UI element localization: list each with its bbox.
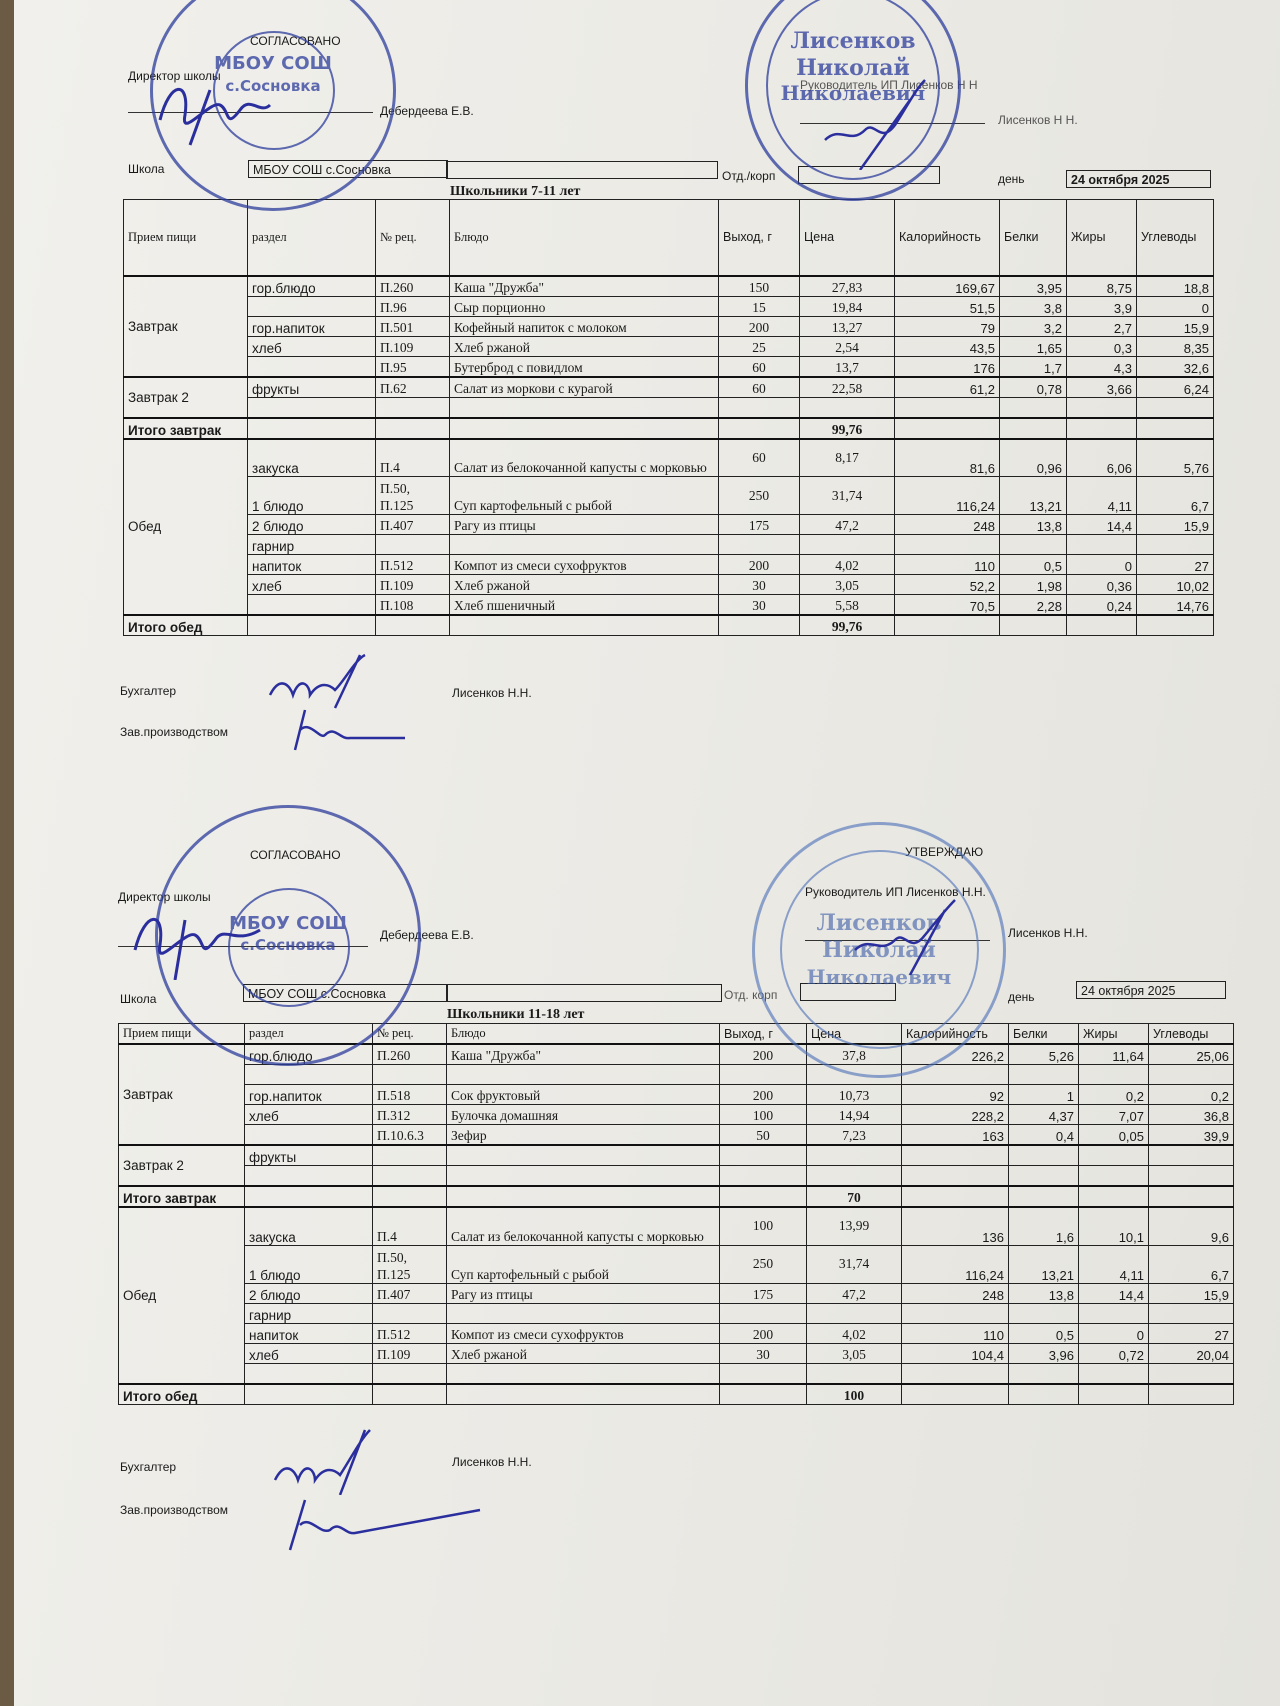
cell-yield [720,1363,807,1384]
cell-section [245,1065,373,1085]
cell-fat: 10,1 [1079,1207,1149,1245]
cell-protein [1009,1303,1079,1323]
cell-section: хлеб [245,1343,373,1363]
production-label: Зав.производством [120,1503,228,1517]
cell-carbs [1149,1145,1234,1166]
cell-recipe [373,1303,447,1323]
cell-recipe [373,1166,447,1187]
cell-fat: 11,64 [1079,1044,1149,1065]
empty-cell [1079,1384,1149,1405]
cell-protein [1009,1166,1079,1187]
cell-recipe: П.260 [373,1044,447,1065]
cell-dish: Рагу из птицы [447,1283,720,1303]
cell-protein: 13,8 [1009,1283,1079,1303]
table-row: напитокП.512Компот из смеси сухофруктов2… [119,1323,1234,1343]
confirm-label: УТВЕРЖДАЮ [905,845,983,859]
cell-carbs: 9,6 [1149,1207,1234,1245]
cell-protein: 1 [1009,1085,1079,1105]
date-field: 24 октября 2025 [1076,981,1226,999]
cell-section: хлеб [245,1105,373,1125]
table-row: Завтрак 2фрукты [119,1145,1234,1166]
cell-fat: 4,11 [1079,1245,1149,1283]
cell-carbs [1149,1363,1234,1384]
cell-kcal [902,1145,1009,1166]
cell-protein [1009,1065,1079,1085]
column-header: Калорийность [902,1024,1009,1045]
cell-recipe: П.50, П.125 [373,1245,447,1283]
cell-fat: 7,07 [1079,1105,1149,1125]
empty-cell [373,1384,447,1405]
column-header: Углеводы [1149,1024,1234,1045]
cell-carbs [1149,1166,1234,1187]
school-label: Школа [120,992,156,1006]
cell-section: гор.напиток [245,1085,373,1105]
cell-carbs: 25,06 [1149,1044,1234,1065]
accountant-label: Бухгалтер [120,1460,176,1474]
cell-carbs: 0,2 [1149,1085,1234,1105]
cell-kcal: 248 [902,1283,1009,1303]
table-row [119,1065,1234,1085]
cell-yield: 250 [720,1245,807,1283]
table-row: 2 блюдоП.407Рагу из птицы17547,224813,81… [119,1283,1234,1303]
cell-price: 10,73 [807,1085,902,1105]
cell-kcal [902,1065,1009,1085]
cell-price: 4,02 [807,1323,902,1343]
cell-recipe [373,1363,447,1384]
dept-field [800,983,896,1001]
cell-protein: 13,21 [1009,1245,1079,1283]
empty-cell [245,1186,373,1207]
total-price: 70 [807,1186,902,1207]
school-field-extra [446,984,722,1002]
day-label: день [1008,990,1035,1004]
cell-kcal: 110 [902,1323,1009,1343]
cell-dish: Сок фруктовый [447,1085,720,1105]
cell-section: 2 блюдо [245,1283,373,1303]
cell-kcal [902,1166,1009,1187]
manager-signature-line [805,940,990,941]
cell-protein: 0,5 [1009,1323,1079,1343]
cell-kcal: 92 [902,1085,1009,1105]
cell-price [807,1303,902,1323]
empty-cell [447,1186,720,1207]
cell-protein: 1,6 [1009,1207,1079,1245]
cell-section: 1 блюдо [245,1245,373,1283]
director-position: Директор школы [118,890,211,904]
cell-kcal: 116,24 [902,1245,1009,1283]
menu-table-11-18: Прием пищираздел№ рец.БлюдоВыход, гЦенаК… [118,1023,1234,1405]
cell-section: гарнир [245,1303,373,1323]
cell-dish: Салат из белокочанной капусты с морковью [447,1207,720,1245]
cell-dish: Суп картофельный с рыбой [447,1245,720,1283]
cell-carbs: 39,9 [1149,1125,1234,1146]
cell-carbs: 27 [1149,1323,1234,1343]
cell-recipe: П.109 [373,1343,447,1363]
cell-fat [1079,1363,1149,1384]
cell-recipe: П.312 [373,1105,447,1125]
table-row: П.10.6.3Зефир507,231630,40,0539,9 [119,1125,1234,1146]
approval-label: СОГЛАСОВАНО [250,848,341,862]
dept-label: Отд. корп [724,988,777,1002]
empty-cell [1009,1186,1079,1207]
empty-cell [447,1384,720,1405]
empty-cell [902,1384,1009,1405]
empty-cell [1149,1384,1234,1405]
cell-kcal [902,1363,1009,1384]
cell-section [245,1166,373,1187]
cell-dish [447,1065,720,1085]
cell-yield: 50 [720,1125,807,1146]
cell-kcal: 163 [902,1125,1009,1146]
cell-price [807,1166,902,1187]
empty-cell [720,1384,807,1405]
cell-yield: 175 [720,1283,807,1303]
cell-recipe: П.407 [373,1283,447,1303]
cell-dish [447,1303,720,1323]
cell-price: 13,99 [807,1207,902,1245]
cell-price: 7,23 [807,1125,902,1146]
cell-kcal [902,1303,1009,1323]
cell-price [807,1065,902,1085]
cell-price [807,1363,902,1384]
cell-fat [1079,1065,1149,1085]
cell-protein: 3,96 [1009,1343,1079,1363]
cell-carbs: 15,9 [1149,1283,1234,1303]
cell-fat [1079,1303,1149,1323]
column-header: Цена [807,1024,902,1045]
cell-fat: 0,72 [1079,1343,1149,1363]
column-header: Белки [1009,1024,1079,1045]
cell-fat: 0,2 [1079,1085,1149,1105]
empty-cell [373,1186,447,1207]
meal-label: Обед [119,1207,245,1384]
cell-dish: Каша "Дружба" [447,1044,720,1065]
table-row: ОбедзакускаП.4Салат из белокочанной капу… [119,1207,1234,1245]
total-label: Итого завтрак [119,1186,245,1207]
cell-protein: 0,4 [1009,1125,1079,1146]
cell-dish: Компот из смеси сухофруктов [447,1323,720,1343]
cell-kcal: 228,2 [902,1105,1009,1125]
cell-yield [720,1145,807,1166]
cell-recipe: П.518 [373,1085,447,1105]
total-label: Итого обед [119,1384,245,1405]
table-row: хлебП.109Хлеб ржаной303,05104,43,960,722… [119,1343,1234,1363]
column-header: Жиры [1079,1024,1149,1045]
total-row: Итого завтрак70 [119,1186,1234,1207]
cell-dish [447,1145,720,1166]
cell-recipe: П.4 [373,1207,447,1245]
cell-kcal: 226,2 [902,1044,1009,1065]
cell-section [245,1125,373,1146]
cell-recipe: П.10.6.3 [373,1125,447,1146]
cell-price [807,1145,902,1166]
menu-document-11-18: СОГЛАСОВАНО Директор школы Дебердеева Е.… [0,0,1280,1706]
cell-fat: 0 [1079,1323,1149,1343]
accountant-name: Лисенков Н.Н. [452,1455,532,1469]
table-row: хлебП.312Булочка домашняя10014,94228,24,… [119,1105,1234,1125]
total-row: Итого обед100 [119,1384,1234,1405]
table-row: гарнир [119,1303,1234,1323]
school-field: МБОУ СОШ с.Сосновка [243,984,448,1002]
meal-label: Завтрак [119,1044,245,1145]
empty-cell [902,1186,1009,1207]
director-signature-line [118,946,368,947]
cell-yield: 200 [720,1323,807,1343]
cell-fat: 0,05 [1079,1125,1149,1146]
cell-carbs [1149,1065,1234,1085]
column-header: Выход, г [720,1024,807,1045]
empty-cell [1079,1186,1149,1207]
cell-section: фрукты [245,1145,373,1166]
manager-position: Руководитель ИП Лисенков Н.Н. [805,885,986,899]
cell-carbs: 36,8 [1149,1105,1234,1125]
meal-label: Завтрак 2 [119,1145,245,1186]
table-row [119,1363,1234,1384]
cell-dish: Булочка домашняя [447,1105,720,1125]
cell-kcal: 136 [902,1207,1009,1245]
cell-yield: 200 [720,1044,807,1065]
cell-recipe [373,1065,447,1085]
cell-yield [720,1303,807,1323]
column-header: раздел [245,1024,373,1045]
cell-fat: 14,4 [1079,1283,1149,1303]
cell-protein: 4,37 [1009,1105,1079,1125]
table-row: гор.напитокП.518Сок фруктовый20010,73921… [119,1085,1234,1105]
cell-yield: 100 [720,1207,807,1245]
total-price: 100 [807,1384,902,1405]
table-row: 1 блюдоП.50, П.125Суп картофельный с рыб… [119,1245,1234,1283]
empty-cell [1009,1384,1079,1405]
cell-price: 47,2 [807,1283,902,1303]
cell-yield: 100 [720,1105,807,1125]
cell-price: 14,94 [807,1105,902,1125]
cell-carbs: 6,7 [1149,1245,1234,1283]
column-header: Прием пищи [119,1024,245,1045]
cell-recipe: П.512 [373,1323,447,1343]
cell-section: гор.блюдо [245,1044,373,1065]
cell-price: 31,74 [807,1245,902,1283]
cell-protein [1009,1363,1079,1384]
cell-yield [720,1065,807,1085]
cell-yield [720,1166,807,1187]
table-row [119,1166,1234,1187]
cell-price: 37,8 [807,1044,902,1065]
menu-title: Школьники 11-18 лет [447,1007,584,1023]
cell-fat [1079,1145,1149,1166]
cell-yield: 200 [720,1085,807,1105]
cell-section: закуска [245,1207,373,1245]
cell-carbs: 20,04 [1149,1343,1234,1363]
manager-name: Лисенков Н.Н. [1008,926,1088,940]
cell-protein: 5,26 [1009,1044,1079,1065]
table-header-row: Прием пищираздел№ рец.БлюдоВыход, гЦенаК… [119,1024,1234,1045]
cell-kcal: 104,4 [902,1343,1009,1363]
cell-fat [1079,1166,1149,1187]
cell-price: 3,05 [807,1343,902,1363]
cell-yield: 30 [720,1343,807,1363]
empty-cell [245,1384,373,1405]
empty-cell [720,1186,807,1207]
column-header: Блюдо [447,1024,720,1045]
cell-section [245,1363,373,1384]
cell-dish: Зефир [447,1125,720,1146]
cell-section: напиток [245,1323,373,1343]
empty-cell [1149,1186,1234,1207]
cell-dish [447,1166,720,1187]
director-name: Дебердеева Е.В. [380,928,474,942]
table-row: Завтракгор.блюдоП.260Каша "Дружба"20037,… [119,1044,1234,1065]
cell-protein [1009,1145,1079,1166]
cell-carbs [1149,1303,1234,1323]
cell-recipe [373,1145,447,1166]
cell-dish: Хлеб ржаной [447,1343,720,1363]
cell-dish [447,1363,720,1384]
column-header: № рец. [373,1024,447,1045]
